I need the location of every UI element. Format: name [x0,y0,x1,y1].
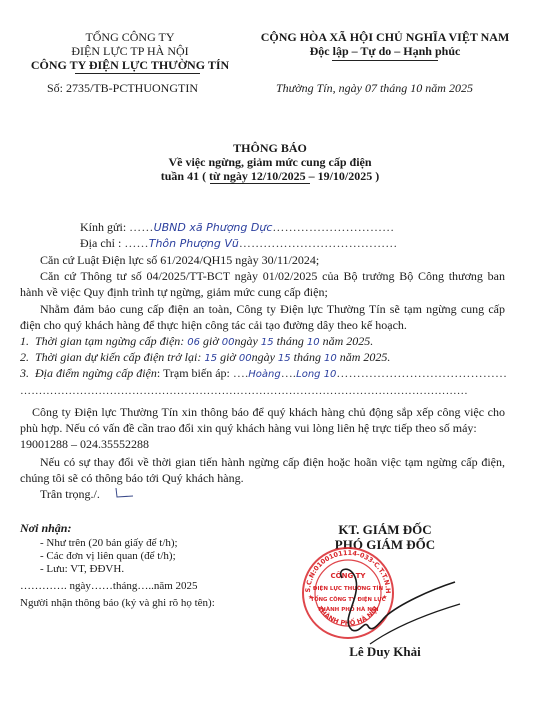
org-parent-2: ĐIỆN LỰC TP HÀ NỘI [40,44,220,59]
recipient-item: - Lưu: VT, ĐĐVH. [40,563,124,575]
basis-circular: Căn cứ Thông tư số 04/2025/TT-BCT ngày 0… [20,268,505,300]
word-hour: giờ [200,334,222,348]
dots: ………………………………… [239,236,398,250]
word-month: tháng [274,334,307,348]
org-name: CÔNG TY ĐIỆN LỰC THƯỜNG TÍN [25,58,235,73]
document-week: tuần 41 ( từ ngày 12/10/2025 – 19/10/202… [100,169,440,184]
item-restore-time: 2. Thời gian dự kiến cấp điện trở lại: 1… [20,350,390,365]
item-stop-time: 1. Thời gian tạm ngừng cấp điện: 06 giờ … [20,334,373,349]
word-day: ngày [235,334,261,348]
recipient-handwritten: UBND xã Phượng Dực [154,221,273,234]
org-parent-1: TỔNG CÔNG TY [40,30,220,45]
word-day: ngày [252,350,278,364]
initials-mark [113,486,135,500]
item-number: 3. [20,366,29,380]
document-number: Số: 2735/TB-PCTHUONGTIN [47,81,198,96]
basis-law: Căn cứ Luật Điện lực số 61/2024/QH15 ngà… [40,253,319,268]
change-notice-paragraph: Nếu có sự thay đổi về thời gian tiến hàn… [20,454,505,486]
document-subtitle: Về việc ngừng, giảm mức cung cấp điện [100,155,440,170]
month-handwritten: 10 [307,337,320,348]
title-underline [210,183,310,184]
word-hour: giờ [217,350,239,364]
item-label: Thời gian tạm ngừng cấp điện: [35,334,187,348]
purpose-paragraph: Nhằm đảm bảo cung cấp điện an toàn, Công… [20,301,505,333]
document-title: THÔNG BÁO [100,141,440,156]
receiver-signature-label: Người nhận thông báo (ký và ghi rõ họ tê… [20,597,215,609]
dots: …. [233,366,248,380]
day-handwritten: 15 [278,353,291,364]
item-location: 3. Địa điểm ngừng cấp điện: Trạm biến áp… [20,366,507,381]
national-motto: Độc lập – Tự do – Hạnh phúc [245,44,525,59]
station-handwritten-1: Hoàng [248,369,280,380]
svg-text:★: ★ [308,594,313,601]
hour-handwritten: 15 [204,353,217,364]
recipient-item: - Như trên (20 bản giấy để t/h); [40,537,178,549]
item-number: 1. [20,334,29,348]
hour-handwritten: 06 [187,337,200,348]
minute-handwritten: 00 [239,353,252,364]
dots: ………………………… [272,220,394,234]
month-handwritten: 10 [324,353,337,364]
word-month: tháng [291,350,324,364]
item-label: Thời gian dự kiến cấp điện trở lại: [35,350,204,364]
national-title: CỘNG HÒA XÃ HỘI CHỦ NGHĨA VIỆT NAM [245,30,525,45]
dots: …… [129,220,153,234]
day-handwritten: 15 [261,337,274,348]
minute-handwritten: 00 [222,337,235,348]
org-underline [75,73,200,74]
phone-numbers: 19001288 – 024.35552288 [20,437,149,452]
station-label: : Trạm biến áp: [157,366,233,380]
dots: …… [124,236,148,250]
handwritten-signature [330,560,470,650]
notice-paragraph: Công ty Điện lực Thường Tín xin thông bá… [20,404,505,436]
receipt-date-line: …………. ngày……tháng…..năm 2025 [20,580,198,592]
item-number: 2. [20,350,29,364]
dots: …………………………………… [336,366,507,380]
recipients-title: Nơi nhận: [20,521,71,536]
item-label: Địa điểm ngừng cấp điện [35,366,157,380]
address-handwritten: Thôn Phượng Vũ [149,237,239,250]
dots: …. [281,366,296,380]
address-line: Địa chỉ : ……Thôn Phượng Vũ………………………………… [80,236,398,251]
signer-name: Lê Duy Khải [310,644,460,660]
year-text: năm 2025. [323,334,374,348]
address-label: Địa chỉ : [80,236,124,250]
recipient-item: - Các đơn vị liên quan (để t/h); [40,550,176,562]
closing-text: Trân trọng./. [40,487,100,502]
signer-title-1: KT. GIÁM ĐỐC [310,522,460,538]
year-text: năm 2025. [340,350,391,364]
recipient-line: Kính gửi: ……UBND xã Phượng Dực………………………… [80,220,394,235]
to-label: Kính gửi: [80,220,129,234]
place-date: Thường Tín, ngày 07 tháng 10 năm 2025 [276,81,473,96]
motto-underline [332,60,438,61]
station-handwritten-2: Long 10 [296,369,336,380]
location-dotted-line: ………………………………………………………………………………………………………… [20,385,495,397]
